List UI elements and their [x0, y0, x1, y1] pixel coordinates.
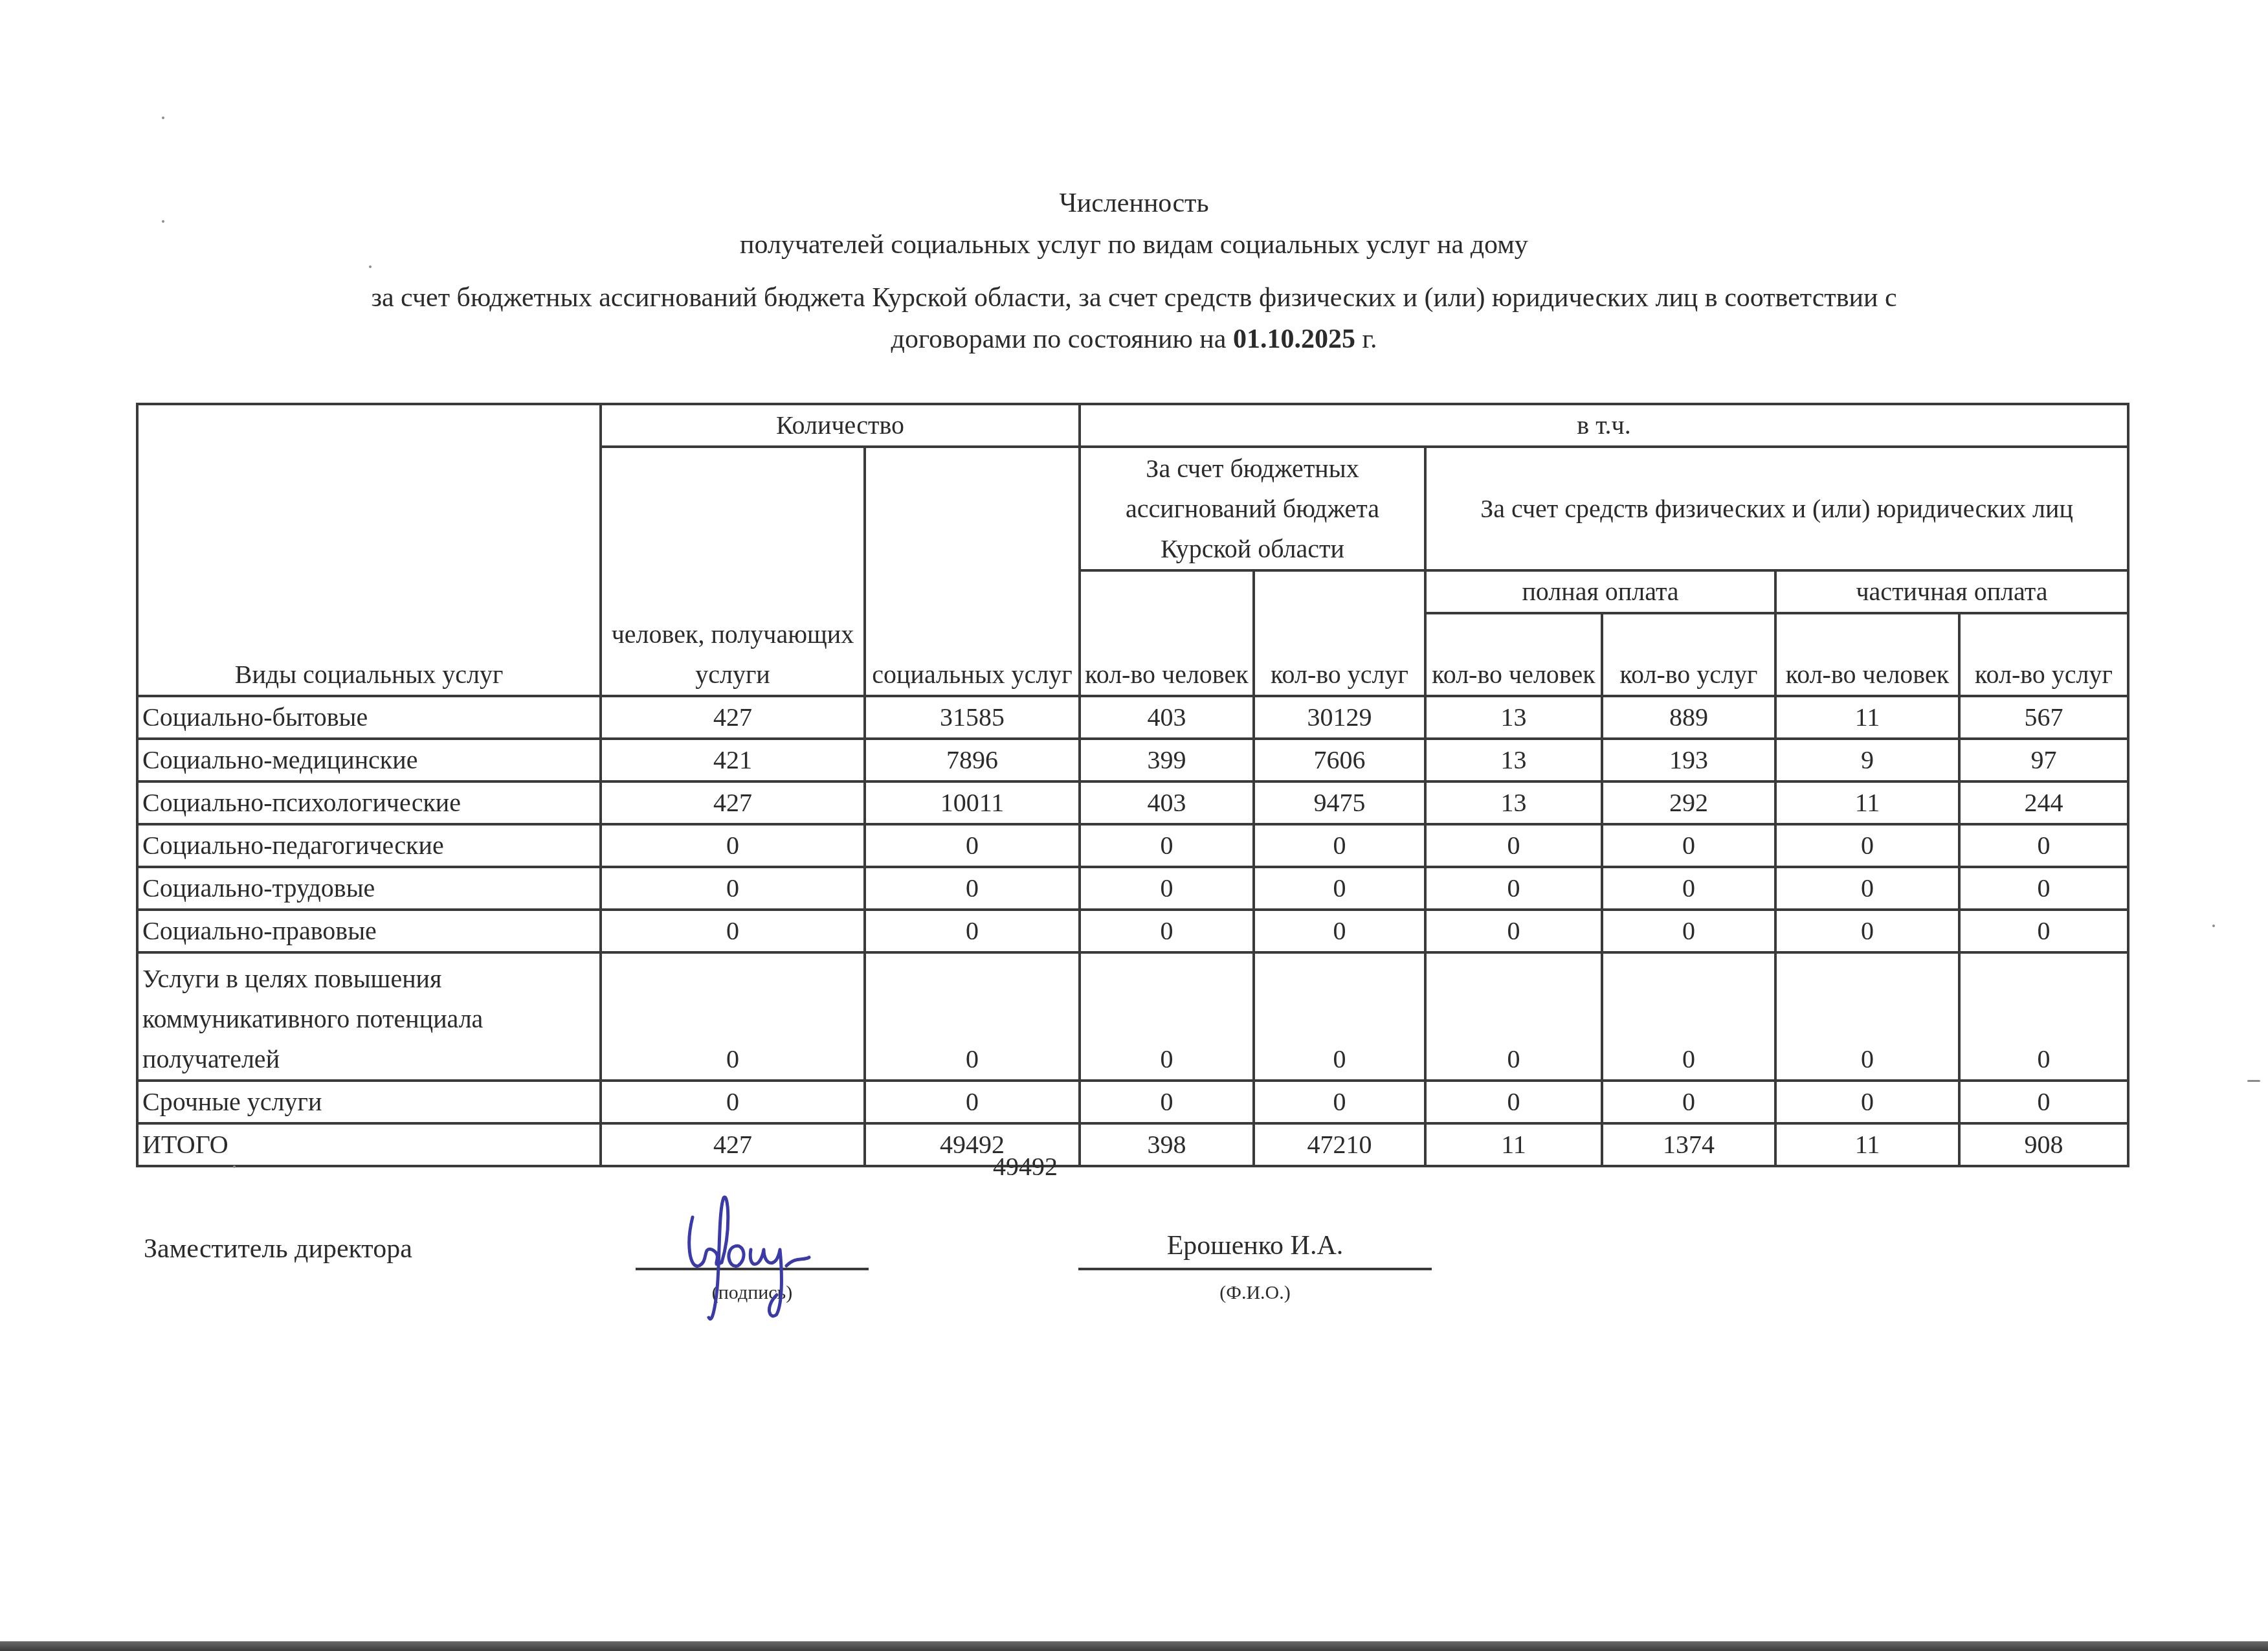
document-subtitle-funding: за счет бюджетных ассигнований бюджета К… [0, 277, 2268, 319]
value-cell: 403 [1080, 781, 1254, 824]
value-cell: 0 [1602, 952, 1775, 1081]
services-total-note: 49492 [993, 1151, 1058, 1182]
name-line [1078, 1268, 1432, 1270]
header-quantity: Количество [601, 404, 1080, 447]
scan-speck [233, 1165, 236, 1168]
header-budget-people: кол-во человек [1080, 570, 1254, 696]
value-cell: 0 [1602, 824, 1775, 867]
service-type-cell: Социально-трудовые [137, 867, 601, 910]
table-row: Социально-педагогические00000000 [137, 824, 2128, 867]
header-budget-funded: За счет бюджетных ассигнований бюджета К… [1080, 447, 1425, 570]
value-cell: 0 [865, 952, 1080, 1081]
value-cell: 0 [1254, 910, 1425, 952]
value-cell: 427 [601, 781, 865, 824]
service-type-cell: Социально-медицинские [137, 739, 601, 781]
value-cell: 398 [1080, 1123, 1254, 1166]
value-cell: 0 [1602, 867, 1775, 910]
table-row: Социально-трудовые00000000 [137, 867, 2128, 910]
value-cell: 399 [1080, 739, 1254, 781]
service-type-cell: Социально-психологические [137, 781, 601, 824]
value-cell: 0 [1080, 867, 1254, 910]
value-cell: 0 [1080, 952, 1254, 1081]
value-cell: 292 [1602, 781, 1775, 824]
scan-speck [2247, 1080, 2260, 1082]
report-date: 01.10.2025 [1233, 324, 1355, 354]
header-full-services: кол-во услуг [1602, 613, 1775, 696]
scanner-edge-band [0, 1641, 2268, 1651]
value-cell: 0 [601, 910, 865, 952]
value-cell: 30129 [1254, 696, 1425, 739]
value-cell: 13 [1425, 739, 1602, 781]
value-cell: 0 [1080, 824, 1254, 867]
value-cell: 0 [1254, 867, 1425, 910]
table-row: Социально-бытовые42731585403301291388911… [137, 696, 2128, 739]
value-cell: 13 [1425, 696, 1602, 739]
value-cell: 0 [1425, 1081, 1602, 1123]
header-partial-services: кол-во услуг [1959, 613, 2128, 696]
service-type-cell: Срочные услуги [137, 1081, 601, 1123]
scan-speck [2212, 925, 2215, 927]
document-subtitle: получателей социальных услуг по видам со… [0, 224, 2268, 265]
table-row: Социально-психологические427100114039475… [137, 781, 2128, 824]
header-budget-services: кол-во услуг [1254, 570, 1425, 696]
value-cell: 244 [1959, 781, 2128, 824]
value-cell: 0 [1775, 824, 1959, 867]
header-private-funded: За счет средств физических и (или) юриди… [1425, 447, 2128, 570]
value-cell: 0 [1254, 1081, 1425, 1123]
header-partial-payment: частичная оплата [1775, 570, 2128, 613]
service-type-cell: Социально-правовые [137, 910, 601, 952]
value-cell: 11 [1425, 1123, 1602, 1166]
value-cell: 0 [865, 910, 1080, 952]
value-cell: 0 [1959, 952, 2128, 1081]
date-prefix: договорами по состоянию на [891, 324, 1233, 354]
value-cell: 11 [1775, 781, 1959, 824]
value-cell: 0 [1959, 824, 2128, 867]
value-cell: 9 [1775, 739, 1959, 781]
value-cell: 0 [1602, 910, 1775, 952]
value-cell: 0 [865, 824, 1080, 867]
value-cell: 0 [1959, 910, 2128, 952]
value-cell: 0 [1425, 824, 1602, 867]
value-cell: 427 [601, 696, 865, 739]
value-cell: 0 [1959, 1081, 2128, 1123]
value-cell: 0 [1254, 952, 1425, 1081]
header-including: в т.ч. [1080, 404, 2128, 447]
table-total-row: ИТОГО427494923984721011137411908 [137, 1123, 2128, 1166]
value-cell: 0 [601, 867, 865, 910]
value-cell: 11 [1775, 1123, 1959, 1166]
header-partial-people: кол-во человек [1775, 613, 1959, 696]
service-type-cell: Услуги в целях повышения коммуникативног… [137, 952, 601, 1081]
value-cell: 0 [865, 1081, 1080, 1123]
scan-speck [162, 117, 164, 119]
value-cell: 0 [601, 952, 865, 1081]
value-cell: 908 [1959, 1123, 2128, 1166]
value-cell: 1374 [1602, 1123, 1775, 1166]
value-cell: 13 [1425, 781, 1602, 824]
value-cell: 0 [1425, 952, 1602, 1081]
table-row: Услуги в целях повышения коммуникативног… [137, 952, 2128, 1081]
value-cell: 10011 [865, 781, 1080, 824]
header-full-payment: полная оплата [1425, 570, 1775, 613]
value-cell: 0 [865, 867, 1080, 910]
value-cell: 47210 [1254, 1123, 1425, 1166]
scan-speck [162, 220, 164, 223]
value-cell: 421 [601, 739, 865, 781]
handwritten-signature-icon [673, 1185, 867, 1334]
value-cell: 0 [1254, 824, 1425, 867]
header-service-types: Виды социальных услуг [137, 404, 601, 696]
value-cell: 0 [1775, 952, 1959, 1081]
table-row: Социально-правовые00000000 [137, 910, 2128, 952]
value-cell: 193 [1602, 739, 1775, 781]
value-cell: 0 [1775, 1081, 1959, 1123]
header-social-services: социальных услуг [865, 447, 1080, 696]
services-table: Виды социальных услуг Количество в т.ч. … [136, 403, 2129, 1167]
value-cell: 97 [1959, 739, 2128, 781]
value-cell: 403 [1080, 696, 1254, 739]
scan-speck [369, 265, 372, 268]
value-cell: 427 [601, 1123, 865, 1166]
service-type-cell: Социально-педагогические [137, 824, 601, 867]
value-cell: 7896 [865, 739, 1080, 781]
signatory-role: Заместитель директора [144, 1233, 412, 1264]
value-cell: 7606 [1254, 739, 1425, 781]
value-cell: 11 [1775, 696, 1959, 739]
value-cell: 0 [1959, 867, 2128, 910]
document-title: Численность [0, 183, 2268, 224]
service-type-cell: Социально-бытовые [137, 696, 601, 739]
date-suffix: г. [1355, 324, 1377, 354]
value-cell: 889 [1602, 696, 1775, 739]
table-row: Социально-медицинские4217896399760613193… [137, 739, 2128, 781]
value-cell: 567 [1959, 696, 2128, 739]
value-cell: 0 [1602, 1081, 1775, 1123]
value-cell: 0 [1080, 1081, 1254, 1123]
value-cell: 9475 [1254, 781, 1425, 824]
value-cell: 0 [1080, 910, 1254, 952]
table-row: Срочные услуги00000000 [137, 1081, 2128, 1123]
value-cell: 31585 [865, 696, 1080, 739]
service-type-cell: ИТОГО [137, 1123, 601, 1166]
document-subtitle-date: договорами по состоянию на 01.10.2025 г. [0, 319, 2268, 360]
value-cell: 0 [1425, 910, 1602, 952]
header-full-people: кол-во человек [1425, 613, 1602, 696]
value-cell: 0 [601, 824, 865, 867]
value-cell: 0 [1425, 867, 1602, 910]
value-cell: 0 [1775, 867, 1959, 910]
name-caption: (Ф.И.О.) [1078, 1282, 1432, 1304]
value-cell: 0 [1775, 910, 1959, 952]
header-people-receiving: человек, получающих услуги [601, 447, 865, 696]
value-cell: 0 [601, 1081, 865, 1123]
signatory-name: Ерошенко И.А. [1078, 1230, 1432, 1261]
